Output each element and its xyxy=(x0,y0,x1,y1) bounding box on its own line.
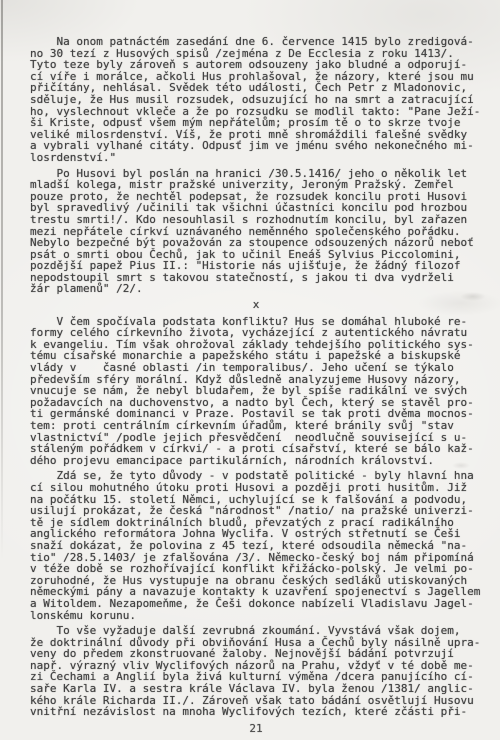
paragraph-council-verdict: Na onom patnáctém zasedání dne 6. červen… xyxy=(30,36,482,164)
page-number: 21 xyxy=(30,723,482,735)
paragraph-wyclif-influence: To vše vyžaduje další zevrubná zkoumání.… xyxy=(30,625,482,718)
paragraph-political-motives: Zdá se, že tyto důvody - v podstatě poli… xyxy=(30,470,482,621)
scan-edge-artifact xyxy=(1,0,3,560)
paragraph-essence-of-conflict: V čem spočívala podstata konfliktu? Hus … xyxy=(30,316,482,467)
section-separator: x xyxy=(30,299,482,311)
paragraph-jerome-of-prague: Po Husovi byl poslán na hranici /30.5.14… xyxy=(30,168,482,296)
document-page: Na onom patnáctém zasedání dne 6. červen… xyxy=(0,0,500,740)
page-text-block: Na onom patnáctém zasedání dne 6. červen… xyxy=(30,36,482,734)
